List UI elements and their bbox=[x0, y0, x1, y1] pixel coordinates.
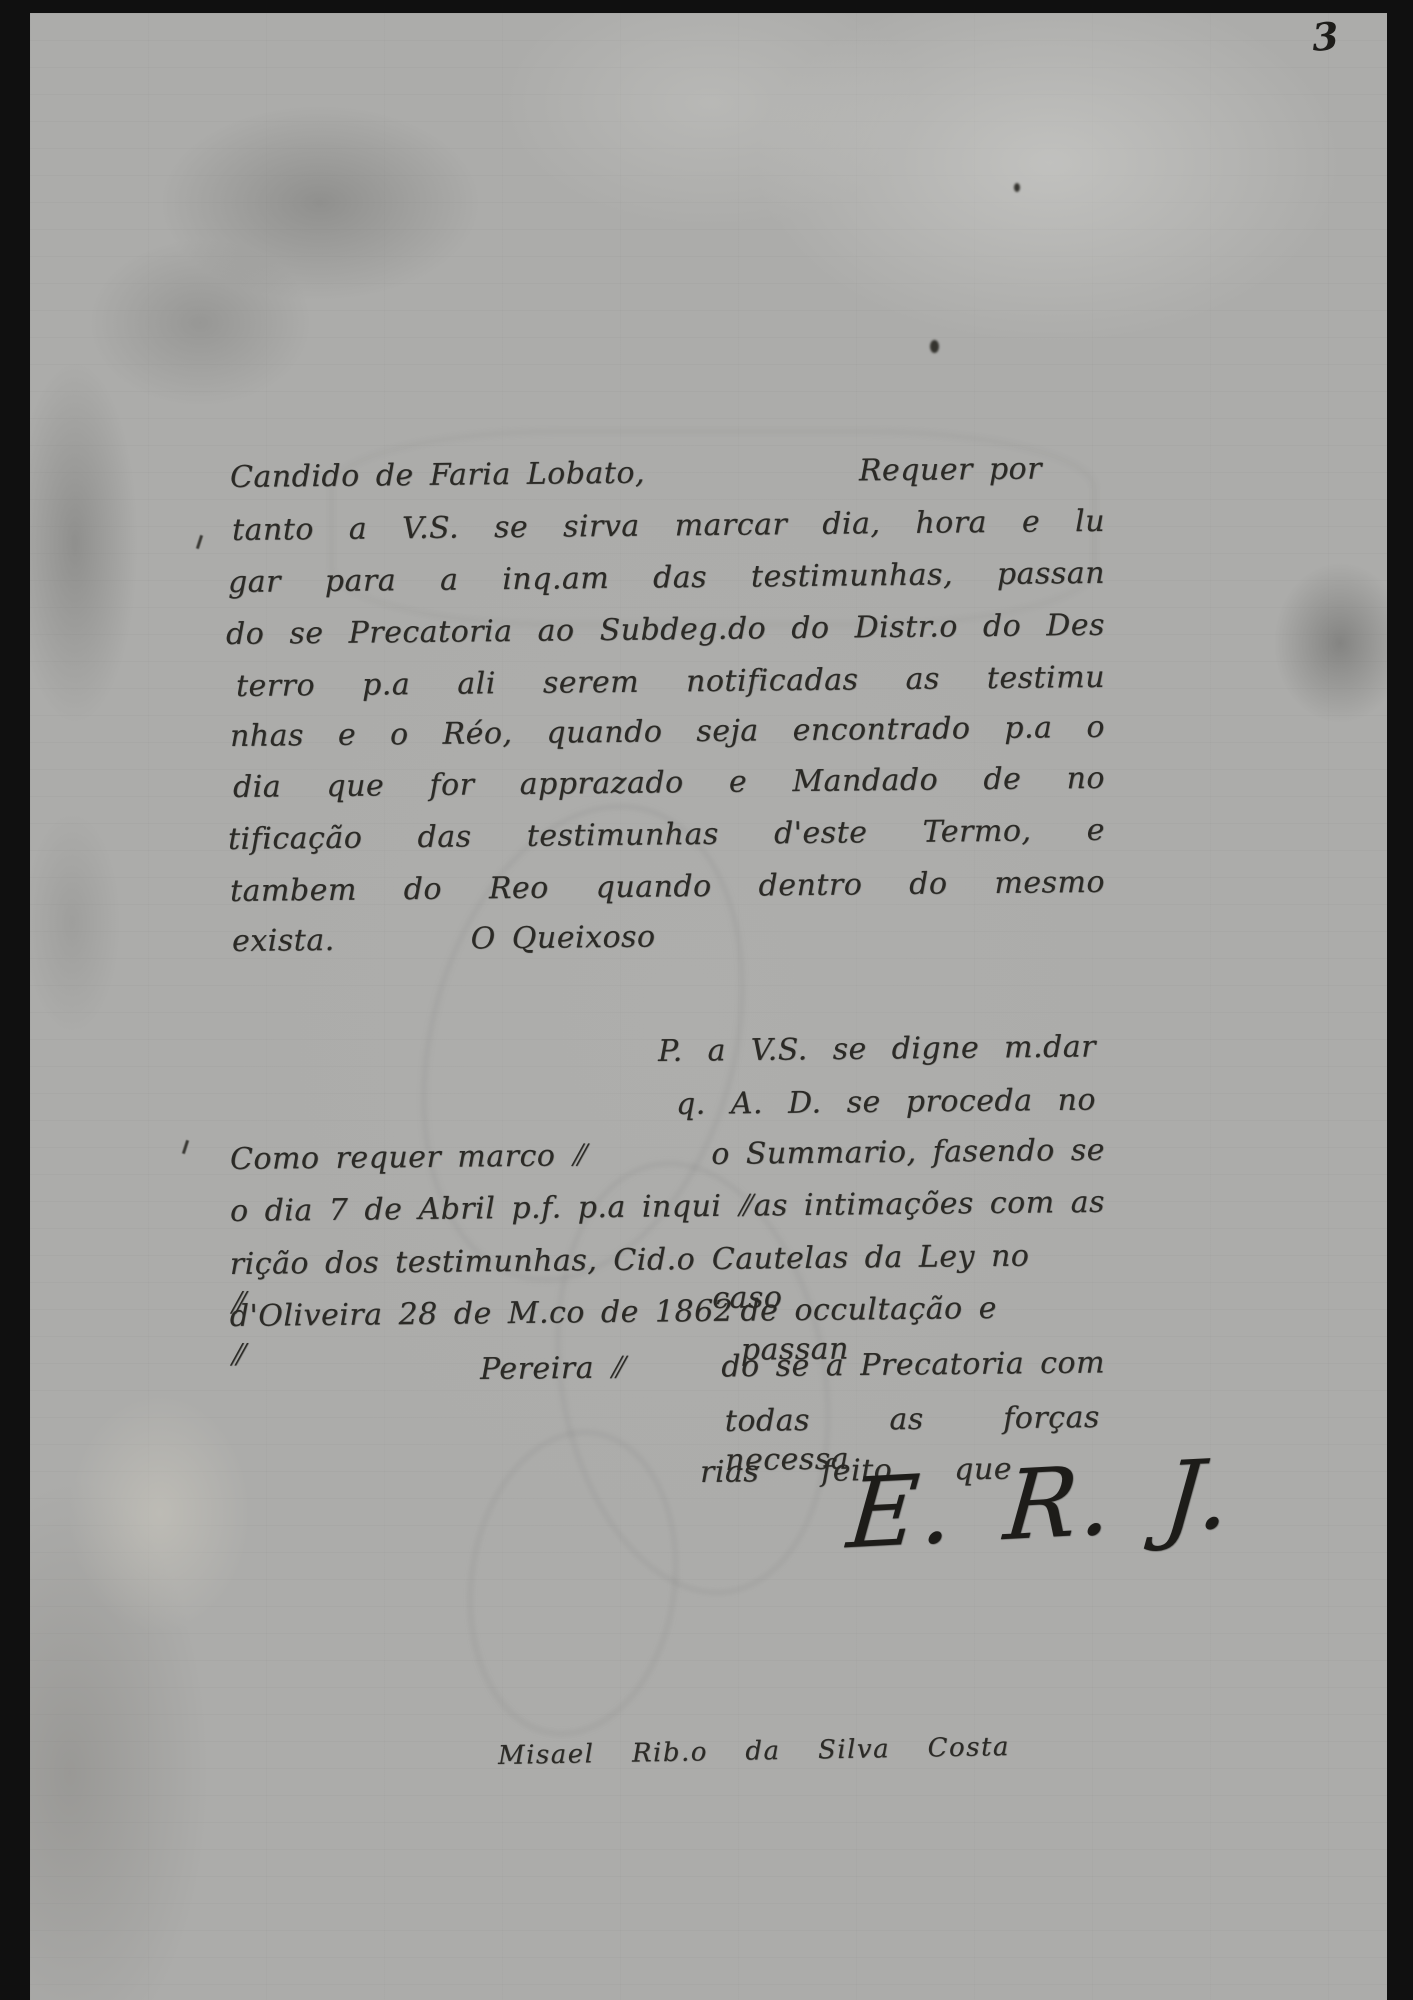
petition-opening-left: Candido de Faria Lobato, bbox=[230, 454, 645, 497]
despacho-right: o Summario, fasendo se bbox=[711, 1131, 1105, 1174]
page-number: 3 bbox=[1310, 13, 1340, 60]
ink-spot bbox=[930, 340, 939, 353]
petition-closing-left: exista. bbox=[232, 923, 335, 959]
petition-closing-right: O Queixoso bbox=[470, 920, 655, 957]
despacho-left: Como requer marco ⫽ bbox=[230, 1136, 586, 1179]
scanned-manuscript-page: 3 Candido de Faria Lobato, Requer por ta… bbox=[0, 0, 1413, 2000]
despacho-right: do se a Precatoria com bbox=[721, 1343, 1105, 1386]
paper-sheet bbox=[30, 13, 1387, 2000]
ink-spot bbox=[1014, 183, 1020, 192]
petition-closing-line: exista. O Queixoso bbox=[232, 915, 932, 961]
petition-opening-right: Requer por bbox=[859, 449, 1043, 490]
closing-flourish-initials: E. R. J. bbox=[843, 1438, 1238, 1571]
despacho-left: Pereira ⫽ bbox=[480, 1348, 624, 1389]
prayer-line: P. a V.S. se digne m.dar bbox=[658, 1027, 1096, 1071]
despacho-row: Pereira ⫽ do se a Precatoria com bbox=[480, 1343, 1105, 1389]
despacho-right: as intimações com as bbox=[753, 1183, 1105, 1226]
despacho-left: o dia 7 de Abril p.f. p.a inqui ⫽ bbox=[230, 1187, 752, 1231]
prayer-line: q. A. D. se proceda no bbox=[676, 1081, 1096, 1124]
